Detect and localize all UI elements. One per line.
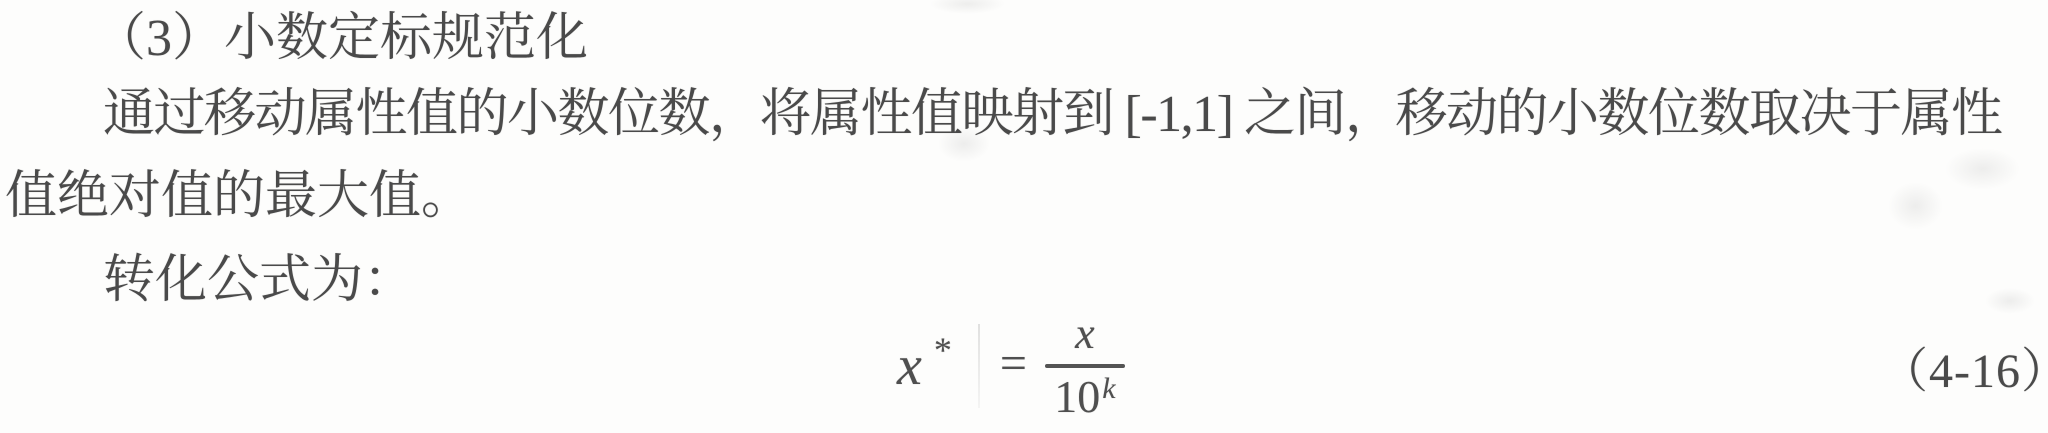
fraction-numerator: x <box>1069 312 1101 364</box>
fraction: x 10k <box>1045 312 1125 420</box>
denominator-base: 10 <box>1054 371 1100 422</box>
section-heading: （3）小数定标规范化 <box>94 12 588 67</box>
equals-sign: = <box>1000 340 1027 388</box>
paragraph-line-2: 值绝对值的最大值。 <box>5 170 473 225</box>
scan-smudge <box>930 0 1005 14</box>
equation-lhs-variable: x <box>897 338 922 394</box>
paragraph-line-1: 通过移动属性值的小数位数，将属性值映射到 [-1,1] 之间，移动的小数位数取决… <box>103 88 2001 143</box>
scan-smudge <box>1985 288 2035 314</box>
equation-lhs-superscript: * <box>934 332 952 368</box>
fraction-denominator: 10k <box>1054 368 1115 420</box>
scanned-document-page: （3）小数定标规范化 通过移动属性值的小数位数，将属性值映射到 [-1,1] 之… <box>0 0 2048 433</box>
scan-smudge <box>1945 148 2020 190</box>
denominator-exponent: k <box>1102 372 1115 405</box>
equation-4-16: x * = x 10k <box>897 316 1125 416</box>
scan-artifact-line <box>978 324 980 408</box>
equation-number-label: （4-16） <box>1880 332 2048 401</box>
scan-smudge <box>1888 182 1943 230</box>
formula-lead-in: 转化公式为： <box>103 254 415 309</box>
